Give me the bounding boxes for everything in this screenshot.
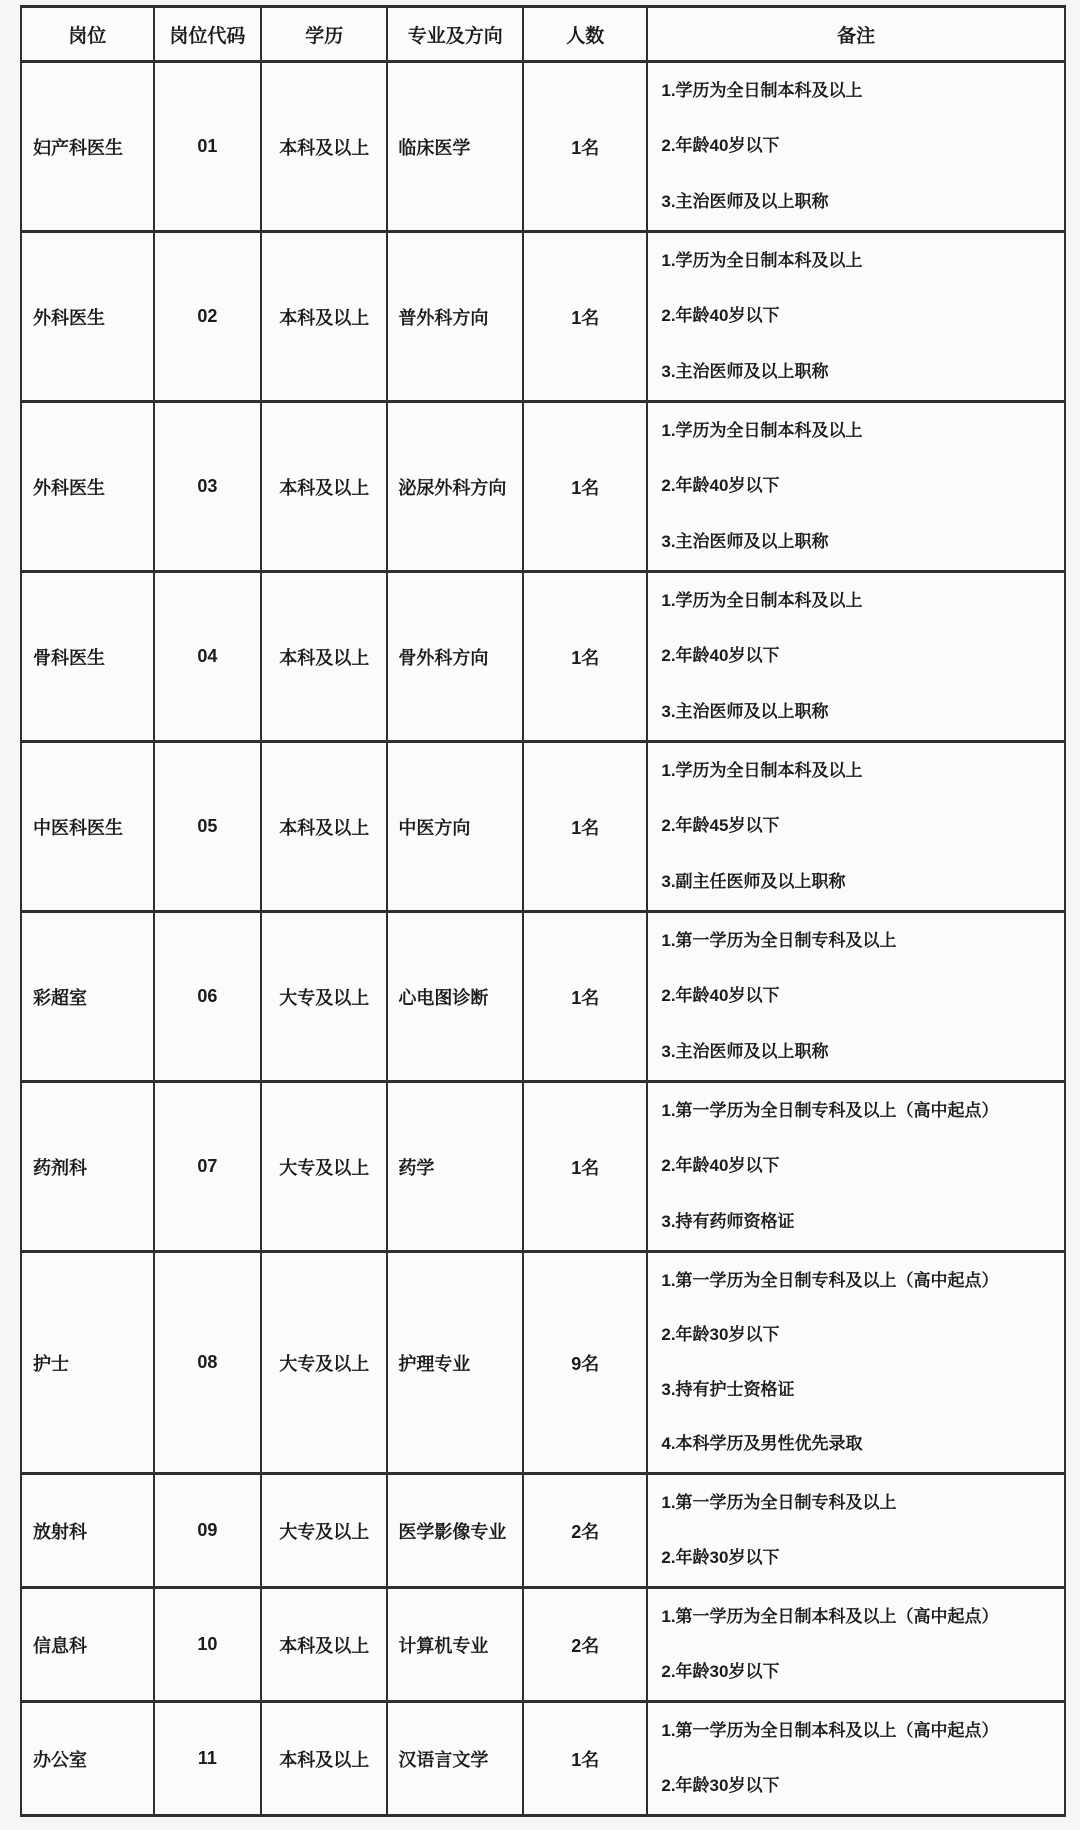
- remark-line: 1.第一学历为全日制本科及以上（高中起点）: [661, 1607, 1058, 1627]
- remark-line: 1.第一学历为全日制专科及以上（高中起点）: [661, 1271, 1058, 1291]
- cell-count: 1名: [523, 572, 647, 742]
- remarks-list: 1.第一学历为全日制专科及以上2.年龄40岁以下3.主治医师及以上职称: [661, 914, 1058, 1080]
- column-header-remarks: 备注: [647, 7, 1065, 62]
- cell-education: 本科及以上: [261, 1702, 387, 1816]
- remark-line: 3.主治医师及以上职称: [661, 192, 1058, 212]
- cell-position: 放射科: [21, 1474, 154, 1588]
- remarks-list: 1.第一学历为全日制专科及以上（高中起点）2.年龄30岁以下3.持有护士资格证4…: [661, 1254, 1058, 1472]
- cell-position: 妇产科医生: [21, 62, 154, 232]
- cell-count: 1名: [523, 402, 647, 572]
- cell-position: 骨科医生: [21, 572, 154, 742]
- cell-education: 本科及以上: [261, 62, 387, 232]
- remark-line: 3.持有药师资格证: [661, 1212, 1058, 1232]
- remark-line: 1.学历为全日制本科及以上: [661, 591, 1058, 611]
- cell-code: 11: [154, 1702, 262, 1816]
- cell-major: 护理专业: [387, 1252, 523, 1474]
- cell-position: 中医科医生: [21, 742, 154, 912]
- remark-line: 2.年龄30岁以下: [661, 1662, 1058, 1682]
- table-row: 彩超室06大专及以上心电图诊断1名1.第一学历为全日制专科及以上2.年龄40岁以…: [21, 912, 1065, 1082]
- cell-major: 骨外科方向: [387, 572, 523, 742]
- cell-count: 1名: [523, 742, 647, 912]
- recruitment-table: 岗位 岗位代码 学历 专业及方向 人数 备注 妇产科医生01本科及以上临床医学1…: [20, 5, 1066, 1817]
- cell-count: 2名: [523, 1588, 647, 1702]
- remark-line: 3.主治医师及以上职称: [661, 362, 1058, 382]
- remark-line: 2.年龄40岁以下: [661, 1156, 1058, 1176]
- cell-remarks: 1.第一学历为全日制专科及以上2.年龄40岁以下3.主治医师及以上职称: [647, 912, 1065, 1082]
- table-row: 护士08大专及以上护理专业9名1.第一学历为全日制专科及以上（高中起点）2.年龄…: [21, 1252, 1065, 1474]
- cell-remarks: 1.第一学历为全日制本科及以上（高中起点）2.年龄30岁以下: [647, 1588, 1065, 1702]
- column-header-education: 学历: [261, 7, 387, 62]
- cell-education: 本科及以上: [261, 742, 387, 912]
- remark-line: 2.年龄45岁以下: [661, 816, 1058, 836]
- column-header-code: 岗位代码: [154, 7, 262, 62]
- cell-count: 9名: [523, 1252, 647, 1474]
- cell-major: 计算机专业: [387, 1588, 523, 1702]
- cell-major: 中医方向: [387, 742, 523, 912]
- cell-count: 1名: [523, 62, 647, 232]
- remarks-list: 1.学历为全日制本科及以上2.年龄45岁以下3.副主任医师及以上职称: [661, 744, 1058, 910]
- cell-major: 汉语言文学: [387, 1702, 523, 1816]
- cell-count: 1名: [523, 912, 647, 1082]
- table-row: 外科医生02本科及以上普外科方向1名1.学历为全日制本科及以上2.年龄40岁以下…: [21, 232, 1065, 402]
- cell-education: 本科及以上: [261, 402, 387, 572]
- cell-remarks: 1.学历为全日制本科及以上2.年龄45岁以下3.副主任医师及以上职称: [647, 742, 1065, 912]
- cell-code: 09: [154, 1474, 262, 1588]
- cell-education: 大专及以上: [261, 1474, 387, 1588]
- table-header: 岗位 岗位代码 学历 专业及方向 人数 备注: [21, 7, 1065, 62]
- cell-education: 大专及以上: [261, 912, 387, 1082]
- remark-line: 2.年龄40岁以下: [661, 476, 1058, 496]
- cell-remarks: 1.第一学历为全日制专科及以上（高中起点）2.年龄30岁以下3.持有护士资格证4…: [647, 1252, 1065, 1474]
- remark-line: 1.学历为全日制本科及以上: [661, 251, 1058, 271]
- cell-education: 本科及以上: [261, 232, 387, 402]
- remarks-list: 1.第一学历为全日制专科及以上（高中起点）2.年龄40岁以下3.持有药师资格证: [661, 1084, 1058, 1250]
- cell-code: 04: [154, 572, 262, 742]
- table-row: 放射科09大专及以上医学影像专业2名1.第一学历为全日制专科及以上2.年龄30岁…: [21, 1474, 1065, 1588]
- remark-line: 2.年龄30岁以下: [661, 1776, 1058, 1796]
- cell-count: 1名: [523, 232, 647, 402]
- remark-line: 1.第一学历为全日制专科及以上: [661, 931, 1058, 951]
- table-body: 妇产科医生01本科及以上临床医学1名1.学历为全日制本科及以上2.年龄40岁以下…: [21, 62, 1065, 1816]
- remark-line: 2.年龄30岁以下: [661, 1325, 1058, 1345]
- remark-line: 1.学历为全日制本科及以上: [661, 81, 1058, 101]
- page: 岗位 岗位代码 学历 专业及方向 人数 备注 妇产科医生01本科及以上临床医学1…: [0, 0, 1080, 1830]
- cell-education: 本科及以上: [261, 572, 387, 742]
- header-row: 岗位 岗位代码 学历 专业及方向 人数 备注: [21, 7, 1065, 62]
- cell-remarks: 1.学历为全日制本科及以上2.年龄40岁以下3.主治医师及以上职称: [647, 62, 1065, 232]
- remark-line: 3.持有护士资格证: [661, 1380, 1058, 1400]
- cell-position: 护士: [21, 1252, 154, 1474]
- cell-major: 药学: [387, 1082, 523, 1252]
- cell-position: 药剂科: [21, 1082, 154, 1252]
- table-row: 办公室11本科及以上汉语言文学1名1.第一学历为全日制本科及以上（高中起点）2.…: [21, 1702, 1065, 1816]
- cell-code: 08: [154, 1252, 262, 1474]
- cell-position: 外科医生: [21, 402, 154, 572]
- cell-remarks: 1.学历为全日制本科及以上2.年龄40岁以下3.主治医师及以上职称: [647, 232, 1065, 402]
- remarks-list: 1.学历为全日制本科及以上2.年龄40岁以下3.主治医师及以上职称: [661, 574, 1058, 740]
- cell-code: 10: [154, 1588, 262, 1702]
- remark-line: 2.年龄40岁以下: [661, 136, 1058, 156]
- table-row: 中医科医生05本科及以上中医方向1名1.学历为全日制本科及以上2.年龄45岁以下…: [21, 742, 1065, 912]
- cell-count: 1名: [523, 1082, 647, 1252]
- cell-education: 大专及以上: [261, 1082, 387, 1252]
- remark-line: 4.本科学历及男性优先录取: [661, 1434, 1058, 1454]
- cell-position: 信息科: [21, 1588, 154, 1702]
- table-row: 妇产科医生01本科及以上临床医学1名1.学历为全日制本科及以上2.年龄40岁以下…: [21, 62, 1065, 232]
- remarks-list: 1.第一学历为全日制本科及以上（高中起点）2.年龄30岁以下: [661, 1590, 1058, 1700]
- cell-code: 03: [154, 402, 262, 572]
- cell-code: 05: [154, 742, 262, 912]
- remark-line: 1.第一学历为全日制专科及以上: [661, 1493, 1058, 1513]
- remark-line: 2.年龄40岁以下: [661, 306, 1058, 326]
- cell-major: 普外科方向: [387, 232, 523, 402]
- remark-line: 3.主治医师及以上职称: [661, 1042, 1058, 1062]
- cell-position: 外科医生: [21, 232, 154, 402]
- cell-code: 02: [154, 232, 262, 402]
- cell-major: 医学影像专业: [387, 1474, 523, 1588]
- cell-major: 心电图诊断: [387, 912, 523, 1082]
- remarks-list: 1.学历为全日制本科及以上2.年龄40岁以下3.主治医师及以上职称: [661, 404, 1058, 570]
- table-row: 信息科10本科及以上计算机专业2名1.第一学历为全日制本科及以上（高中起点）2.…: [21, 1588, 1065, 1702]
- cell-remarks: 1.第一学历为全日制专科及以上（高中起点）2.年龄40岁以下3.持有药师资格证: [647, 1082, 1065, 1252]
- cell-remarks: 1.第一学历为全日制本科及以上（高中起点）2.年龄30岁以下: [647, 1702, 1065, 1816]
- column-header-position: 岗位: [21, 7, 154, 62]
- cell-code: 01: [154, 62, 262, 232]
- cell-remarks: 1.学历为全日制本科及以上2.年龄40岁以下3.主治医师及以上职称: [647, 572, 1065, 742]
- remark-line: 1.学历为全日制本科及以上: [661, 761, 1058, 781]
- remarks-list: 1.学历为全日制本科及以上2.年龄40岁以下3.主治医师及以上职称: [661, 234, 1058, 400]
- cell-position: 办公室: [21, 1702, 154, 1816]
- cell-education: 大专及以上: [261, 1252, 387, 1474]
- cell-remarks: 1.学历为全日制本科及以上2.年龄40岁以下3.主治医师及以上职称: [647, 402, 1065, 572]
- cell-major: 泌尿外科方向: [387, 402, 523, 572]
- remark-line: 3.主治医师及以上职称: [661, 532, 1058, 552]
- cell-education: 本科及以上: [261, 1588, 387, 1702]
- remark-line: 1.第一学历为全日制本科及以上（高中起点）: [661, 1721, 1058, 1741]
- cell-count: 2名: [523, 1474, 647, 1588]
- remark-line: 3.副主任医师及以上职称: [661, 872, 1058, 892]
- remarks-list: 1.第一学历为全日制本科及以上（高中起点）2.年龄30岁以下: [661, 1704, 1058, 1814]
- remark-line: 3.主治医师及以上职称: [661, 702, 1058, 722]
- table-row: 骨科医生04本科及以上骨外科方向1名1.学历为全日制本科及以上2.年龄40岁以下…: [21, 572, 1065, 742]
- cell-code: 07: [154, 1082, 262, 1252]
- table-row: 药剂科07大专及以上药学1名1.第一学历为全日制专科及以上（高中起点）2.年龄4…: [21, 1082, 1065, 1252]
- remarks-list: 1.学历为全日制本科及以上2.年龄40岁以下3.主治医师及以上职称: [661, 64, 1058, 230]
- remark-line: 1.学历为全日制本科及以上: [661, 421, 1058, 441]
- remark-line: 2.年龄40岁以下: [661, 986, 1058, 1006]
- remark-line: 2.年龄30岁以下: [661, 1548, 1058, 1568]
- cell-remarks: 1.第一学历为全日制专科及以上2.年龄30岁以下: [647, 1474, 1065, 1588]
- cell-code: 06: [154, 912, 262, 1082]
- cell-position: 彩超室: [21, 912, 154, 1082]
- remarks-list: 1.第一学历为全日制专科及以上2.年龄30岁以下: [661, 1476, 1058, 1586]
- cell-major: 临床医学: [387, 62, 523, 232]
- remark-line: 2.年龄40岁以下: [661, 646, 1058, 666]
- column-header-count: 人数: [523, 7, 647, 62]
- remark-line: 1.第一学历为全日制专科及以上（高中起点）: [661, 1101, 1058, 1121]
- column-header-major: 专业及方向: [387, 7, 523, 62]
- table-row: 外科医生03本科及以上泌尿外科方向1名1.学历为全日制本科及以上2.年龄40岁以…: [21, 402, 1065, 572]
- cell-count: 1名: [523, 1702, 647, 1816]
